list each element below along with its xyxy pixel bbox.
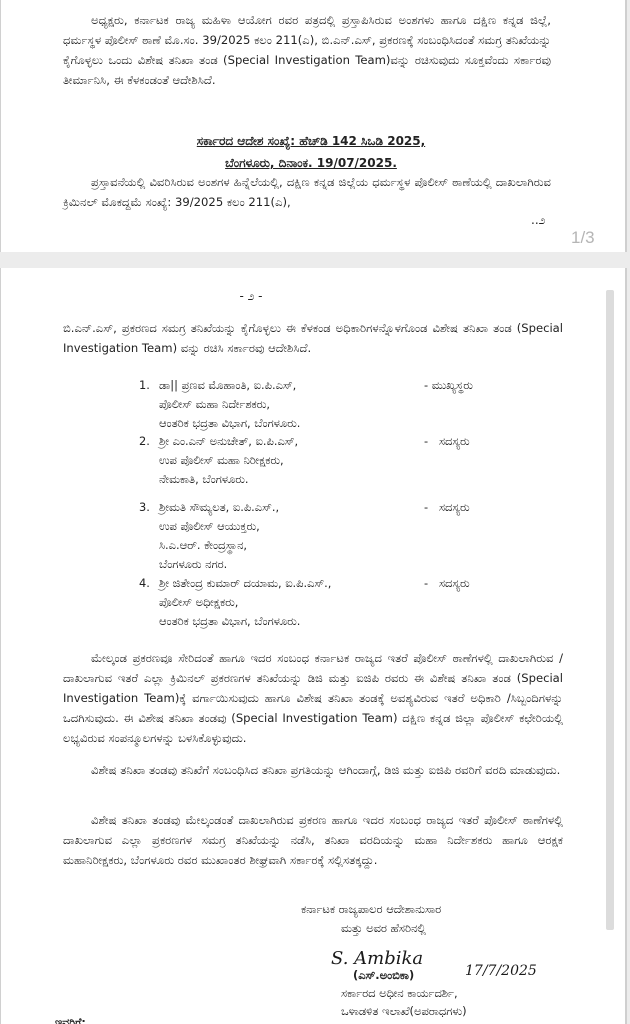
member-unit: ಸಿ.ಎ.ಆರ್. ಕೇಂದ್ರಸ್ಥಾನ,	[159, 536, 419, 555]
preamble-paragraph: ಅಧ್ಯಕ್ಷರು, ಕರ್ನಾಟಕ ರಾಜ್ಯ ಮಹಿಳಾ ಆಯೋಗ ರವರ …	[63, 10, 551, 90]
member-location: ಬೆಂಗಳೂರು ನಗರ.	[159, 555, 419, 574]
authority-block: ಕರ್ನಾಟಕ ರಾಜ್ಯಪಾಲರ ಆದೇಶಾನುಸಾರ ಮತ್ತು ಅವರ ಹ…	[301, 900, 601, 938]
copy-to-label: ಇವರಿಗೆ:	[55, 1016, 86, 1024]
member-designation: ಉಪ ಪೊಲೀಸ್ ಆಯುಕ್ತರು,	[159, 517, 419, 536]
transfer-cases-paragraph: ಮೇಲ್ಕಂಡ ಪ್ರಕರಣವೂ ಸೇರಿದಂತೆ ಹಾಗೂ ಇದರ ಸಂಬಂಧ…	[63, 648, 563, 748]
member-details: ಶ್ರೀ ಜಿತೇಂದ್ರ ಕುಮಾರ್ ದಯಾಮ, ಐ.ಪಿ.ಎಸ್., ಪೊ…	[159, 574, 419, 631]
sit-intro-paragraph: ಬಿ.ಎನ್.ಎಸ್, ಪ್ರಕರಣದ ಸಮಗ್ರ ತನಿಖೆಯನ್ನು ಕೈಗ…	[63, 318, 563, 358]
member-number: 1.	[139, 376, 157, 395]
member-name: ಶ್ರೀ ಎಂ.ಎನ್ ಅನುಚೇತ್, ಐ.ಪಿ.ಎಸ್,	[159, 432, 419, 451]
document-viewer: ಅಧ್ಯಕ್ಷರು, ಕರ್ನಾಟಕ ರಾಜ್ಯ ಮಹಿಳಾ ಆಯೋಗ ರವರ …	[0, 0, 630, 1024]
member-role: - ಸದಸ್ಯರು	[424, 498, 470, 517]
member-designation: ಪೊಲೀಸ್ ಮಹಾ ನಿರ್ದೇಶಕರು,	[159, 395, 419, 414]
member-number: 4.	[139, 574, 157, 593]
document-page-2: - ೨ - ಬಿ.ಎನ್.ಎಸ್, ಪ್ರಕರಣದ ಸಮಗ್ರ ತನಿಖೆಯನ್…	[0, 268, 627, 1024]
page-number: - ೨ -	[201, 286, 301, 306]
member-designation: ಉಪ ಪೊಲೀಸ್ ಮಹಾ ನಿರೀಕ್ಷಕರು,	[159, 451, 419, 470]
continued-marker: ..೨	[531, 210, 545, 230]
member-name: ಶ್ರೀ ಜಿತೇಂದ್ರ ಕುಮಾರ್ ದಯಾಮ, ಐ.ಪಿ.ಎಸ್.,	[159, 574, 419, 593]
order-header: ಸರ್ಕಾರದ ಆದೇಶ ಸಂಖ್ಯೆ: ಹೆಚ್‌ಡಿ 142 ಸಿಒಡಿ 2…	[61, 130, 561, 174]
authority-line-2: ಮತ್ತು ಅವರ ಹೆಸರಿನಲ್ಲಿ	[341, 919, 601, 938]
member-role: - ಸದಸ್ಯರು	[424, 574, 470, 593]
signer-department: ಒಳಾಡಳಿತ ಇಲಾಖೆ(ಅಪರಾಧಗಳು)	[341, 1002, 467, 1020]
scrollbar[interactable]	[606, 290, 614, 930]
member-role: - ಸದಸ್ಯರು	[424, 432, 470, 451]
order-number: ಸರ್ಕಾರದ ಆದೇಶ ಸಂಖ್ಯೆ: ಹೆಚ್‌ಡಿ 142 ಸಿಒಡಿ 2…	[61, 130, 561, 152]
authority-line-1: ಕರ್ನಾಟಕ ರಾಜ್ಯಪಾಲರ ಆದೇಶಾನುಸಾರ	[301, 900, 601, 919]
signer-designation: ಸರ್ಕಾರದ ಅಧೀನ ಕಾರ್ಯದರ್ಶಿ,	[341, 984, 467, 1002]
member-unit: ಆಂತರಿಕ ಭದ್ರತಾ ವಿಭಾಗ, ಬೆಂಗಳೂರು.	[159, 414, 419, 433]
signer-name: (ಎಸ್.ಅಂಬಿಕಾ)	[353, 968, 414, 983]
member-details: ಶ್ರೀಮತಿ ಸೌಮ್ಯಲತ, ಐ.ಪಿ.ಎಸ್., ಉಪ ಪೊಲೀಸ್ ಆಯ…	[159, 498, 419, 574]
signature-date: 17/7/2025	[465, 963, 537, 979]
order-place-date: ಬೆಂಗಳೂರು, ದಿನಾಂಕ. 19/07/2025.	[61, 152, 561, 174]
member-details: ಡಾ|| ಪ್ರಣವ ಮೊಹಾಂತಿ, ಐ.ಪಿ.ಎಸ್, ಪೊಲೀಸ್ ಮಹಾ…	[159, 376, 419, 433]
page-counter: 1/3	[571, 228, 595, 248]
document-page-1: ಅಧ್ಯಕ್ಷರು, ಕರ್ನಾಟಕ ರಾಜ್ಯ ಮಹಿಳಾ ಆಯೋಗ ರವರ …	[0, 0, 627, 252]
member-details: ಶ್ರೀ ಎಂ.ಎನ್ ಅನುಚೇತ್, ಐ.ಪಿ.ಎಸ್, ಉಪ ಪೊಲೀಸ್…	[159, 432, 419, 489]
member-name: ಶ್ರೀಮತಿ ಸೌಮ್ಯಲತ, ಐ.ಪಿ.ಎಸ್.,	[159, 498, 419, 517]
signer-title: ಸರ್ಕಾರದ ಅಧೀನ ಕಾರ್ಯದರ್ಶಿ, ಒಳಾಡಳಿತ ಇಲಾಖೆ(ಅ…	[341, 984, 467, 1020]
member-unit: ನೇಮಕಾತಿ, ಬೆಂಗಳೂರು.	[159, 470, 419, 489]
member-unit: ಆಂತರಿಕ ಭದ್ರತಾ ವಿಭಾಗ, ಬೆಂಗಳೂರು.	[159, 612, 419, 631]
member-number: 3.	[139, 498, 157, 517]
handwritten-signature: S. Ambika	[331, 948, 423, 969]
member-name: ಡಾ|| ಪ್ರಣವ ಮೊಹಾಂತಿ, ಐ.ಪಿ.ಎಸ್,	[159, 376, 419, 395]
final-report-paragraph: ವಿಶೇಷ ತನಿಖಾ ತಂಡವು ಮೇಲ್ಕಂಡಂತೆ ದಾಖಲಾಗಿರುವ …	[63, 810, 563, 870]
member-number: 2.	[139, 432, 157, 451]
member-designation: ಪೊಲೀಸ್ ಅಧೀಕ್ಷಕರು,	[159, 593, 419, 612]
order-paragraph: ಪ್ರಸ್ತಾವನೆಯಲ್ಲಿ ವಿವರಿಸಿರುವ ಅಂಶಗಳ ಹಿನ್ನೆಲ…	[63, 172, 551, 212]
member-role: - ಮುಖ್ಯಸ್ಥರು	[424, 376, 473, 395]
progress-report-paragraph: ವಿಶೇಷ ತನಿಖಾ ತಂಡವು ತನಿಖೆಗೆ ಸಂಬಂಧಿಸಿದ ತನಿಖ…	[63, 760, 563, 780]
